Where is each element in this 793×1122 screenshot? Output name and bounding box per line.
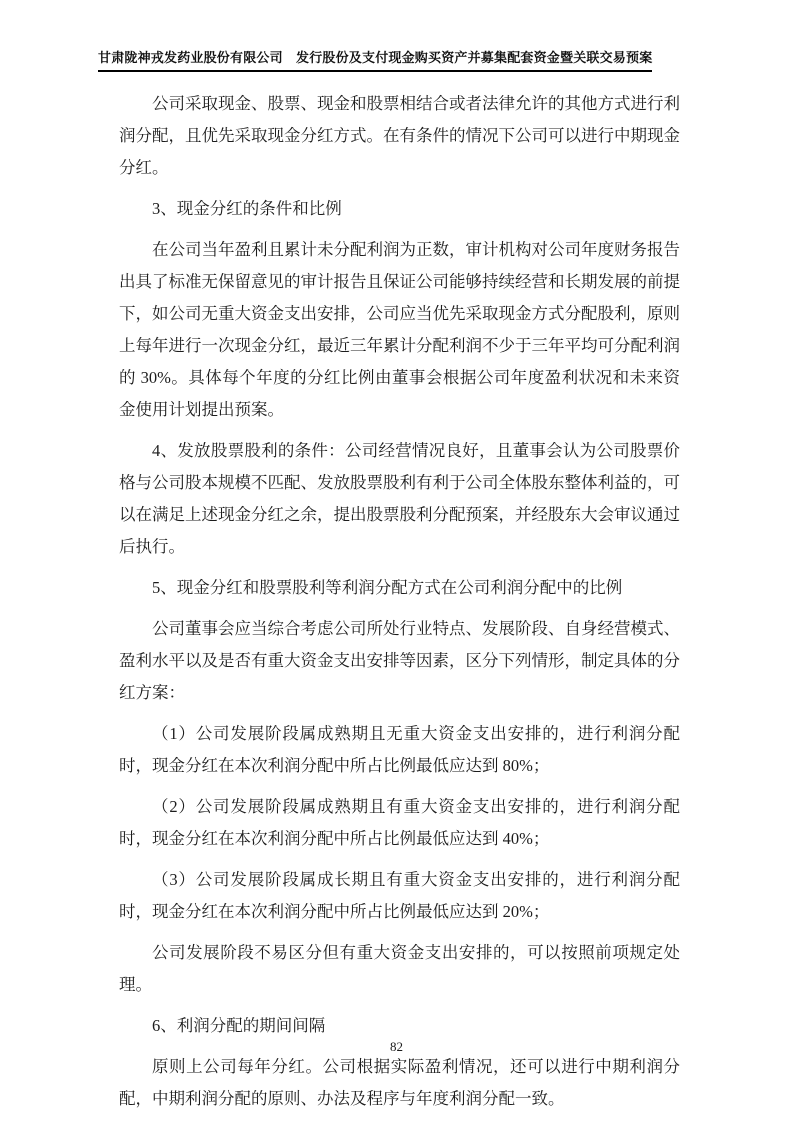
list-item: （1）公司发展阶段属成熟期且无重大资金支出安排的，进行利润分配时，现金分红在本次…: [119, 718, 680, 782]
section-heading: 3、现金分红的条件和比例: [119, 193, 680, 225]
list-item: （3）公司发展阶段属成长期且有重大资金支出安排的，进行利润分配时，现金分红在本次…: [119, 864, 680, 928]
document-body: 公司采取现金、股票、现金和股票相结合或者法律允许的其他方式进行利润分配，且优先采…: [119, 88, 680, 1122]
header-title: 甘肃陇神戎发药业股份有限公司 发行股份及支付现金购买资产并募集配套资金暨关联交易…: [98, 47, 652, 72]
paragraph: 公司发展阶段不易区分但有重大资金支出安排的，可以按照前项规定处理。: [119, 937, 680, 1001]
list-item: （2）公司发展阶段属成熟期且有重大资金支出安排的，进行利润分配时，现金分红在本次…: [119, 791, 680, 855]
page-footer: 82: [0, 1038, 793, 1056]
paragraph: 原则上公司每年分红。公司根据实际盈利情况，还可以进行中期利润分配，中期利润分配的…: [119, 1051, 680, 1115]
paragraph: 在公司当年盈利且累计未分配利润为正数，审计机构对公司年度财务报告出具了标准无保留…: [119, 234, 680, 426]
paragraph: 公司董事会应当综合考虑公司所处行业特点、发展阶段、自身经营模式、盈利水平以及是否…: [119, 613, 680, 709]
paragraph: 公司采取现金、股票、现金和股票相结合或者法律允许的其他方式进行利润分配，且优先采…: [119, 88, 680, 184]
page-header: 甘肃陇神戎发药业股份有限公司 发行股份及支付现金购买资产并募集配套资金暨关联交易…: [98, 47, 695, 72]
section-heading: 5、现金分红和股票股利等利润分配方式在公司利润分配中的比例: [119, 572, 680, 604]
paragraph: 4、发放股票股利的条件：公司经营情况良好，且董事会认为公司股票价格与公司股本规模…: [119, 435, 680, 563]
page-number: 82: [390, 1039, 403, 1054]
document-page: 甘肃陇神戎发药业股份有限公司 发行股份及支付现金购买资产并募集配套资金暨关联交易…: [0, 0, 793, 1122]
